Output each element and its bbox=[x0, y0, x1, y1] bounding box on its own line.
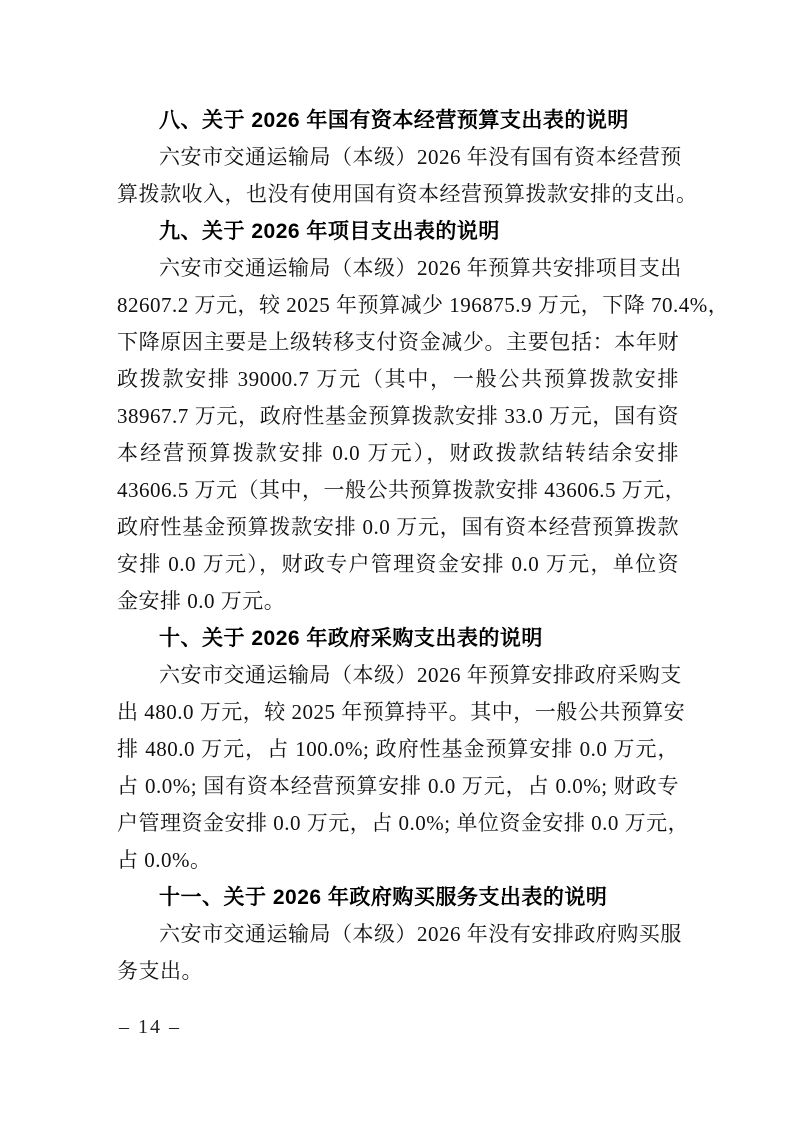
paragraph-line: 本经营预算拨款安排 0.0 万元），财政拨款结转结余安排 bbox=[117, 435, 679, 472]
paragraph-line: 六安市交通运输局（本级）2026 年没有安排政府购买服 bbox=[117, 916, 679, 953]
section-heading: 十一、关于 2026 年政府购买服务支出表的说明 bbox=[117, 879, 679, 916]
paragraph-line: 出 480.0 万元，较 2025 年预算持平。其中，一般公共预算安 bbox=[117, 694, 679, 731]
paragraph-line: 算拨款收入，也没有使用国有资本经营预算拨款安排的支出。 bbox=[117, 176, 679, 213]
page-number: – 14 – bbox=[119, 1014, 181, 1040]
section-state-capital-budget: 八、关于 2026 年国有资本经营预算支出表的说明 六安市交通运输局（本级）20… bbox=[117, 102, 679, 213]
paragraph-line: 排 480.0 万元，占 100.0%; 政府性基金预算安排 0.0 万元， bbox=[117, 731, 679, 768]
paragraph-line: 六安市交通运输局（本级）2026 年预算安排政府采购支 bbox=[117, 657, 679, 694]
paragraph-line: 六安市交通运输局（本级）2026 年预算共安排项目支出 bbox=[117, 250, 679, 287]
document-content: 八、关于 2026 年国有资本经营预算支出表的说明 六安市交通运输局（本级）20… bbox=[117, 102, 679, 990]
paragraph-line: 占 0.0%。 bbox=[117, 842, 679, 879]
paragraph-line: 占 0.0%; 国有资本经营预算安排 0.0 万元，占 0.0%; 财政专 bbox=[117, 768, 679, 805]
section-heading: 九、关于 2026 年项目支出表的说明 bbox=[117, 213, 679, 250]
paragraph-line: 六安市交通运输局（本级）2026 年没有国有资本经营预 bbox=[117, 139, 679, 176]
section-heading: 八、关于 2026 年国有资本经营预算支出表的说明 bbox=[117, 102, 679, 139]
paragraph-line: 金安排 0.0 万元。 bbox=[117, 583, 679, 620]
paragraph-line: 38967.7 万元，政府性基金预算拨款安排 33.0 万元，国有资 bbox=[117, 398, 679, 435]
paragraph-line: 政府性基金预算拨款安排 0.0 万元，国有资本经营预算拨款 bbox=[117, 509, 679, 546]
paragraph-line: 户管理资金安排 0.0 万元，占 0.0%; 单位资金安排 0.0 万元， bbox=[117, 805, 679, 842]
section-heading: 十、关于 2026 年政府采购支出表的说明 bbox=[117, 620, 679, 657]
section-purchased-services: 十一、关于 2026 年政府购买服务支出表的说明 六安市交通运输局（本级）202… bbox=[117, 879, 679, 990]
paragraph-line: 安排 0.0 万元），财政专户管理资金安排 0.0 万元，单位资 bbox=[117, 546, 679, 583]
paragraph-line: 43606.5 万元（其中，一般公共预算拨款安排 43606.5 万元， bbox=[117, 472, 679, 509]
paragraph-line: 下降原因主要是上级转移支付资金减少。主要包括：本年财 bbox=[117, 324, 679, 361]
section-project-expenditure: 九、关于 2026 年项目支出表的说明 六安市交通运输局（本级）2026 年预算… bbox=[117, 213, 679, 620]
section-government-procurement: 十、关于 2026 年政府采购支出表的说明 六安市交通运输局（本级）2026 年… bbox=[117, 620, 679, 879]
paragraph-line: 82607.2 万元，较 2025 年预算减少 196875.9 万元，下降 7… bbox=[117, 287, 679, 324]
paragraph-line: 政拨款安排 39000.7 万元（其中，一般公共预算拨款安排 bbox=[117, 361, 679, 398]
paragraph-line: 务支出。 bbox=[117, 953, 679, 990]
document-page: 八、关于 2026 年国有资本经营预算支出表的说明 六安市交通运输局（本级）20… bbox=[0, 0, 793, 1122]
